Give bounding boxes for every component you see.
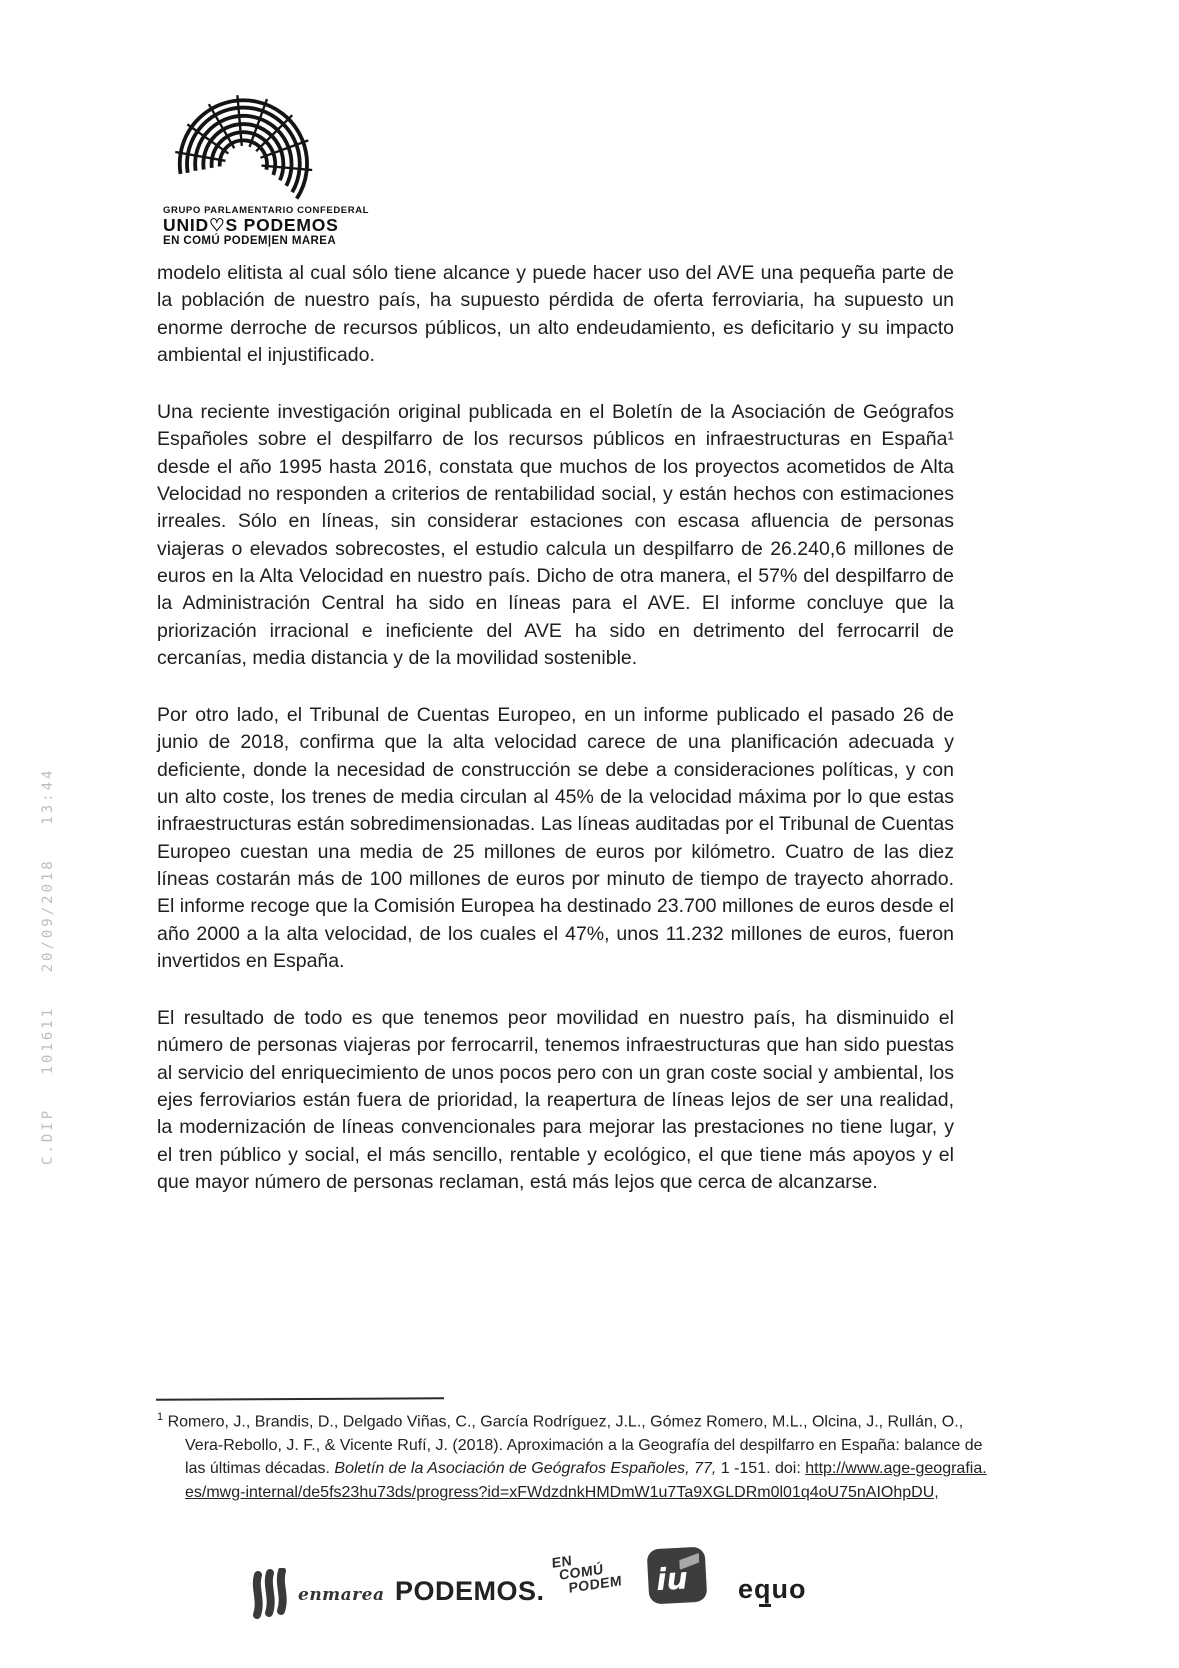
logo-party-name: UNID♡S PODEMOS	[163, 216, 493, 235]
izquierda-unida-logo: iu	[647, 1547, 708, 1605]
podemos-logo: PODEMOS.	[395, 1576, 545, 1607]
equo-underline	[759, 1604, 771, 1607]
paragraph-3: Por otro lado, el Tribunal de Cuentas Eu…	[157, 702, 954, 975]
hemicycle-icon	[163, 84, 331, 204]
logo-coalition-name: EN COMÚ PODEM|EN MAREA	[163, 235, 493, 247]
equo-label: equo	[738, 1574, 807, 1604]
footer-logos: enmarea PODEMOS. EN COMÚ PODEM iu equo	[0, 1540, 1179, 1650]
enmarea-label: enmarea	[298, 1585, 384, 1605]
paragraph-1: modelo elitista al cual sólo tiene alcan…	[157, 260, 954, 369]
registry-stamp: C.DIP 101611 20/09/2018 13:44	[40, 590, 74, 1165]
footnote-journal: Boletín de la Asociación de Geógrafos Es…	[334, 1460, 716, 1477]
equo-logo: equo	[738, 1574, 807, 1605]
footnote-pages: 1 -151. doi:	[716, 1460, 805, 1477]
paragraph-2: Una reciente investigación original publ…	[157, 399, 954, 672]
enmarea-logo: enmarea	[250, 1568, 384, 1622]
paragraph-4: El resultado de todo es que tenemos peor…	[157, 1005, 954, 1196]
enmarea-icon	[250, 1568, 290, 1622]
iu-label: iu	[655, 1561, 688, 1598]
footnote: 1 Romero, J., Brandis, D., Delgado Viñas…	[157, 1406, 991, 1504]
document-page: GRUPO PARLAMENTARIO CONFEDERAL UNID♡S PO…	[0, 0, 1179, 1668]
document-body: modelo elitista al cual sólo tiene alcan…	[157, 260, 954, 1226]
encomu-podem-logo: EN COMÚ PODEM	[552, 1547, 623, 1597]
footnote-divider	[156, 1397, 444, 1401]
party-logo: GRUPO PARLAMENTARIO CONFEDERAL UNID♡S PO…	[163, 84, 493, 248]
